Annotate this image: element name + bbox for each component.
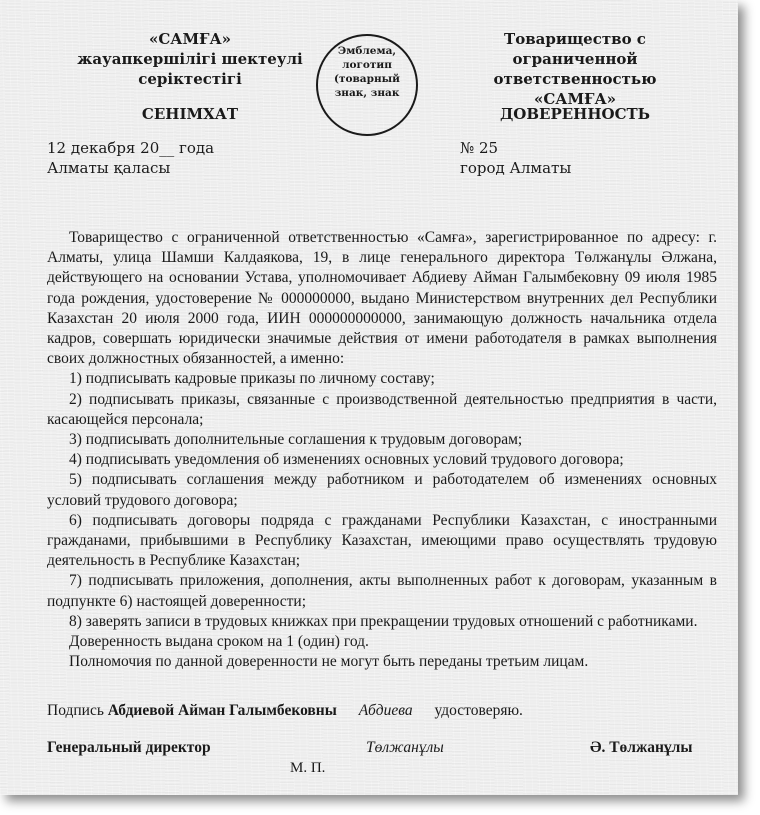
signature-certification: Подпись Абдиевой Айман Галымбековны Абди… [47,702,523,720]
company-header-kazakh: «САМҒА» жауапкершілігі шектеулі серіктес… [40,29,340,89]
city-ru: город Алматы [460,158,571,178]
authority-item-7: 7) подписывать приложения, дополнения, а… [47,571,717,611]
city-kz: Алматы қаласы [47,158,214,178]
signature-prefix: Подпись [47,702,104,719]
term-paragraph: Доверенность выдана сроком на 1 (один) г… [47,632,717,652]
stamp-place-mark: М. П. [290,760,325,777]
company-name-kz: «САМҒА» [40,29,340,49]
emblem-placeholder: Эмблема, логотип (товарный знак, знак [316,34,418,136]
authority-item-6: 6) подписывать договоры подряда с гражда… [47,511,717,572]
director-title: Генеральный директор [47,739,211,757]
number-place-ru: № 25 город Алматы [460,138,571,178]
intro-paragraph: Товарищество с ограниченной ответственно… [47,228,717,369]
emblem-label-line: Эмблема, [318,44,416,58]
date-place-kz: 12 декабря 20__ года Алматы қаласы [47,138,214,178]
signatory-signature: Абдиева [359,702,413,719]
signatory-name: Абдиевой Айман Галымбековны [108,702,337,719]
authority-item-1: 1) подписывать кадровые приказы по лично… [47,369,717,389]
emblem-label-line: логотип [318,58,416,72]
document-date: 12 декабря 20__ года [47,138,214,158]
company-type-kz-line2: серіктестігі [40,69,340,89]
director-signature: Төлжанұлы [366,739,444,757]
authority-item-8: 8) заверять записи в трудовых книжках пр… [47,612,717,632]
company-header-russian: Товарищество с ограниченной ответственно… [440,29,710,109]
emblem-label-line: знак, знак [318,86,416,100]
company-type-ru-line1: Товарищество с ограниченной [440,29,710,69]
document-number: № 25 [460,138,571,158]
authority-item-2: 2) подписывать приказы, связанные с прои… [47,390,717,430]
authority-item-3: 3) подписывать дополнительные соглашения… [47,430,717,450]
document-body: Товарищество с ограниченной ответственно… [47,228,717,672]
document-page: «САМҒА» жауапкершілігі шектеулі серіктес… [0,0,738,795]
emblem-label: Эмблема, логотип (товарный знак, знак [318,44,416,100]
company-type-kz-line1: жауапкершілігі шектеулі [40,49,340,69]
document-title-kz: СЕНІМХАТ [60,105,320,123]
authority-item-5: 5) подписывать соглашения между работник… [47,470,717,510]
restriction-paragraph: Полномочия по данной доверенности не мог… [47,652,717,672]
director-name: Ә. Төлжанұлы [590,739,692,757]
company-type-ru-line2: ответственностью [440,69,710,89]
authority-item-4: 4) подписывать уведомления об изменениях… [47,450,717,470]
emblem-label-line: (товарный [318,72,416,86]
certify-text: удостоверяю. [434,702,522,719]
document-title-ru: ДОВЕРЕННОСТЬ [440,105,710,123]
